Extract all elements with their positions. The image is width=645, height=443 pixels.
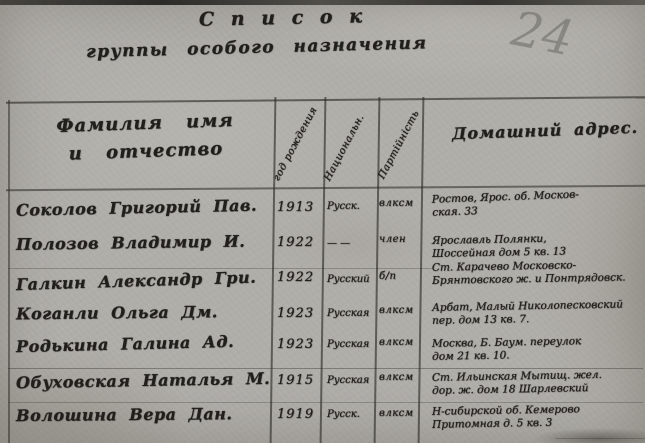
nationality-cell: Русская	[327, 375, 375, 386]
column-rule-nationality-party	[374, 97, 381, 443]
column-header-year-of-birth: год рождения	[271, 105, 319, 183]
nationality-cell: Русск.	[327, 201, 375, 212]
address-cell: Ростов, Ярос. об. Москов- ская. 33	[432, 186, 645, 219]
column-header-home-address: Домашний адрес.	[452, 118, 639, 143]
page-subtitle: группы особого назначения	[86, 32, 486, 62]
year-cell: 1922	[277, 270, 321, 285]
name-cell: Полозов Владимир И.	[16, 231, 276, 254]
name-cell: Обуховская Наталья М.	[16, 369, 276, 393]
year-cell: 1913	[277, 200, 321, 215]
address-cell: Арбат, Малый Николопесковский пер. дом 1…	[432, 298, 644, 328]
year-cell: 1915	[277, 373, 321, 388]
column-header-party-membership: Партійність	[376, 109, 421, 181]
name-cell: Галкин Александр Гри.	[16, 267, 276, 294]
nationality-cell: — —	[327, 238, 375, 249]
name-cell: Волошина Вера Дан.	[16, 404, 276, 425]
nationality-cell: Русская	[327, 339, 375, 350]
address-cell: Ст. Карачево Московско- Брянтовского ж. …	[432, 258, 644, 288]
party-cell: влксм	[379, 372, 421, 383]
scanned-document-page: С п и с о к группы особого назначения 24…	[0, 0, 645, 443]
scan-edge-shadow	[0, 0, 645, 5]
party-cell: влксм	[379, 337, 421, 348]
nationality-cell: Русская	[327, 308, 375, 319]
address-cell: Ст. Ильинская Мытищ. жел. дор. ж. дом 18…	[432, 368, 644, 398]
party-cell: влксм	[379, 408, 421, 419]
year-cell: 1923	[277, 337, 321, 352]
party-cell: б/п	[379, 271, 421, 282]
party-cell: влксм	[379, 198, 421, 209]
row-separator	[555, 438, 645, 439]
year-cell: 1922	[277, 235, 321, 250]
column-header-name: Фамилия имя и отчество	[27, 106, 264, 170]
address-cell: Москва, Б. Баум. переулок дом 21 кв. 10.	[432, 334, 644, 364]
column-rule-party-address	[418, 97, 425, 443]
name-cell: Родькина Галина Ад.	[16, 331, 276, 356]
year-cell: 1923	[277, 306, 321, 321]
column-header-nationality: Национальн.	[322, 113, 366, 183]
nationality-cell: Русский	[327, 274, 375, 285]
nationality-cell: Русск.	[327, 409, 375, 420]
page-title: С п и с о к	[198, 5, 368, 31]
party-cell: влксм	[379, 305, 421, 316]
table-left-rule	[8, 100, 10, 443]
address-cell: Ярославль Полянки, Шоссейная дом 5 кв. 1…	[432, 231, 644, 261]
pencil-page-number: 24	[507, 1, 578, 68]
name-cell: Коганли Ольга Дм.	[16, 302, 276, 324]
party-cell: член	[379, 234, 421, 245]
year-cell: 1919	[277, 407, 321, 422]
address-cell: Н-сибирской об. Кемерово Притомная д. 5 …	[432, 402, 644, 432]
name-cell: Соколов Григорий Пав.	[16, 195, 276, 219]
